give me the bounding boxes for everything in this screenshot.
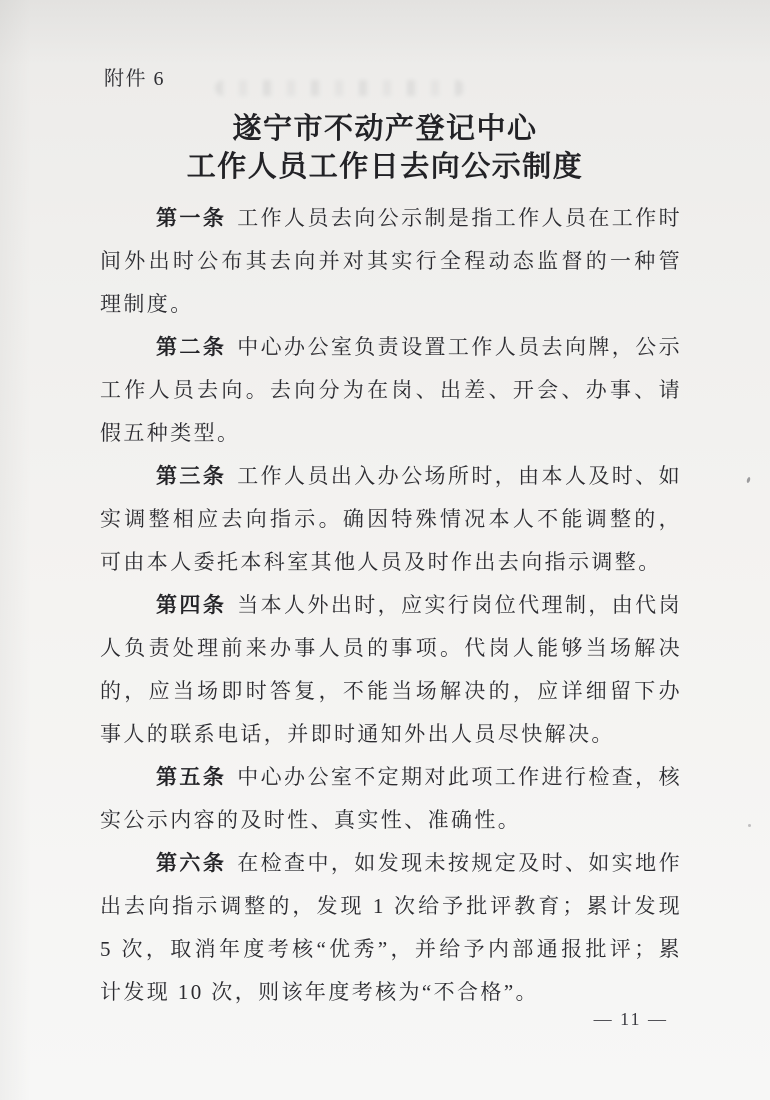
article-6: 第六条在检查中，如发现未按规定及时、如实地作出去向指示调整的，发现 1 次给予批…	[100, 842, 682, 1014]
page-number: — 11 —	[594, 1009, 668, 1030]
article-2-label: 第二条	[156, 335, 226, 359]
article-1: 第一条工作人员去向公示制是指工作人员在工作时间外出时公布其去向并对其实行全程动态…	[100, 197, 682, 326]
attachment-label: 附件 6	[104, 62, 165, 91]
article-5: 第五条中心办公室不定期对此项工作进行检查，核实公示内容的及时性、真实性、准确性。	[100, 756, 682, 842]
article-6-label: 第六条	[156, 851, 226, 875]
article-5-label: 第五条	[156, 765, 226, 789]
article-3: 第三条工作人员出入办公场所时，由本人及时、如实调整相应去向指示。确因特殊情况本人…	[100, 455, 682, 584]
article-4-label: 第四条	[156, 593, 226, 617]
document-sheet: 附件 6 遂宁市不动产登记中心 工作人员工作日去向公示制度 第一条工作人员去向公…	[0, 0, 770, 1100]
scan-speck	[746, 477, 751, 484]
article-2: 第二条中心办公室负责设置工作人员去向牌，公示工作人员去向。去向分为在岗、出差、开…	[100, 326, 682, 455]
title-line-2: 工作人员工作日去向公示制度	[0, 148, 770, 186]
bleed-through-smudge	[215, 80, 465, 96]
article-1-label: 第一条	[156, 206, 226, 230]
document-title: 遂宁市不动产登记中心 工作人员工作日去向公示制度	[0, 110, 770, 186]
article-3-label: 第三条	[156, 464, 226, 488]
document-body: 第一条工作人员去向公示制是指工作人员在工作时间外出时公布其去向并对其实行全程动态…	[100, 197, 682, 1014]
scan-speck	[748, 824, 751, 827]
title-line-1: 遂宁市不动产登记中心	[0, 110, 770, 148]
article-4: 第四条当本人外出时，应实行岗位代理制，由代岗人负责处理前来办事人员的事项。代岗人…	[100, 584, 682, 756]
